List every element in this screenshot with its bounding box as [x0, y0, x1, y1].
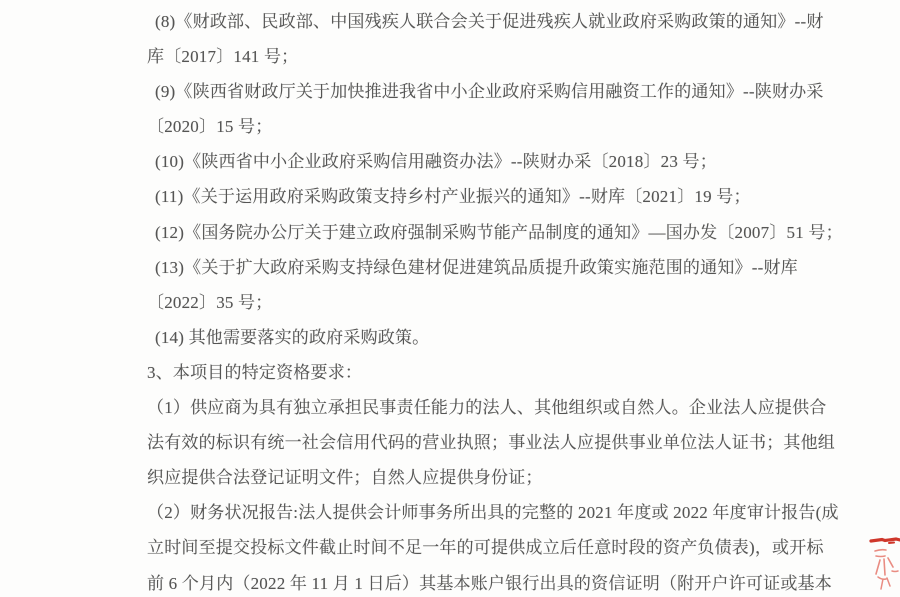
text-line: (13)《关于扩大政府采购支持绿色建材促进建筑品质提升政策实施范围的通知》--财…: [147, 250, 837, 285]
text-line: 织应提供合法登记证明文件；自然人应提供身份证；: [147, 460, 837, 495]
text-line: （2）财务状况报告:法人提供会计师事务所出具的完整的 2021 年度或 2022…: [147, 495, 837, 530]
text-line: 前 6 个月内（2022 年 11 月 1 日后）其基本账户银行出具的资信证明（…: [147, 566, 837, 597]
text-line: 〔2022〕35 号；: [147, 285, 837, 320]
text-line: 〔2020〕15 号；: [147, 109, 837, 144]
text-line: (12)《国务院办公厅关于建立政府强制采购节能产品制度的通知》—国办发〔2007…: [147, 215, 837, 250]
text-line: 立时间至提交投标文件截止时间不足一年的可提供成立后任意时段的资产负债表)，或开标: [147, 530, 837, 565]
handwritten-red-annotation-icon: [856, 527, 900, 597]
document-text-block: (8)《财政部、民政部、中国残疾人联合会关于促进残疾人就业政府采购政策的通知》-…: [147, 4, 837, 597]
text-line: 3、本项目的特定资格要求：: [147, 355, 837, 390]
text-line: (14) 其他需要落实的政府采购政策。: [147, 320, 837, 355]
text-line: （1）供应商为具有独立承担民事责任能力的法人、其他组织或自然人。企业法人应提供合: [147, 390, 837, 425]
text-line: (9)《陕西省财政厅关于加快推进我省中小企业政府采购信用融资工作的通知》--陕财…: [147, 74, 837, 109]
text-line: 库〔2017〕141 号；: [147, 39, 837, 74]
text-line: (8)《财政部、民政部、中国残疾人联合会关于促进残疾人就业政府采购政策的通知》-…: [147, 4, 837, 39]
text-line: 法有效的标识有统一社会信用代码的营业执照；事业法人应提供事业单位法人证书；其他组: [147, 425, 837, 460]
document-page: (8)《财政部、民政部、中国残疾人联合会关于促进残疾人就业政府采购政策的通知》-…: [0, 0, 900, 597]
text-line: (11)《关于运用政府采购政策支持乡村产业振兴的通知》--财库〔2021〕19 …: [147, 179, 837, 214]
text-line: (10)《陕西省中小企业政府采购信用融资办法》--陕财办采〔2018〕23 号；: [147, 144, 837, 179]
